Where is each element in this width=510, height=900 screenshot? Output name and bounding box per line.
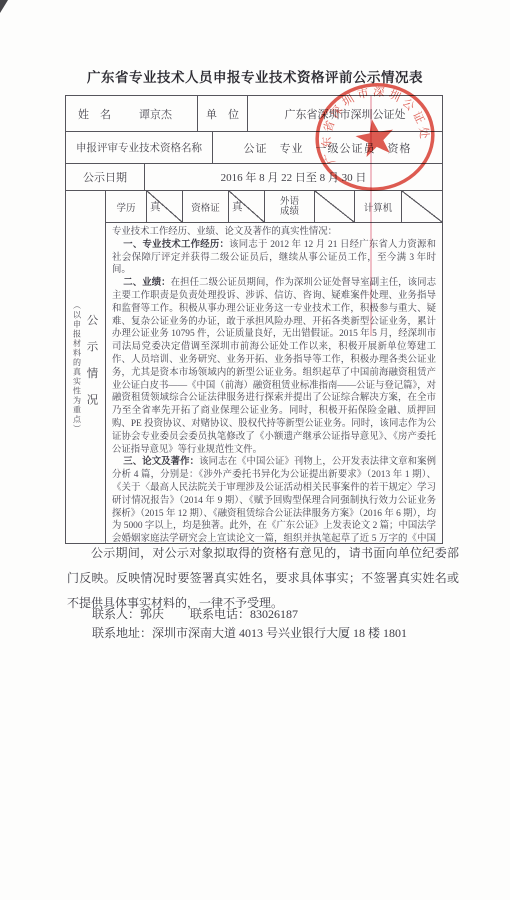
date-label: 公示日期 bbox=[66, 164, 145, 190]
language-score-label: 外语 成绩 bbox=[265, 191, 315, 222]
name-label: 姓 名 bbox=[78, 106, 111, 122]
content-paragraph-2: 二、业绩：在担任二级公证员期间，作为深圳公证处督导室副主任，该同志主要工作职责是… bbox=[112, 277, 436, 456]
content-intro: 专业技术工作经历、业绩、论文及著作的真实性情况： bbox=[112, 226, 436, 239]
official-seal: 广东省深圳市深圳公证处 bbox=[304, 71, 446, 203]
contact-address: 联系地址：深圳市深南大道 4013 号兴业银行大厦 18 楼 1801 bbox=[92, 624, 407, 641]
contact-person: 联系人：郭庆 bbox=[92, 605, 164, 622]
contact-line: 联系人：郭庆 联系电话：83026187 bbox=[92, 605, 298, 622]
education-label: 学历 bbox=[106, 191, 147, 222]
table-bottom-block: （以申报材料的真实性为重点） 公示情况 学历 真 资格证 真 bbox=[66, 191, 442, 543]
side-note: （以申报材料的真实性为重点） bbox=[72, 301, 83, 434]
side-title: 公示情况 bbox=[84, 314, 100, 420]
publicity-content: 专业技术工作经历、业绩、论文及著作的真实性情况： 一、专业技术工作经历：该同志于… bbox=[106, 223, 442, 543]
official-seal-graphic: 广东省深圳市深圳公证处 bbox=[304, 71, 446, 203]
certificate-check-value: 真 bbox=[232, 199, 243, 214]
certificate-check-cell: 真 bbox=[229, 191, 265, 222]
education-check-cell: 真 bbox=[147, 191, 183, 222]
name-cell: 姓 名 谭京杰 bbox=[66, 96, 198, 131]
education-check-value: 真 bbox=[150, 199, 161, 214]
star-icon bbox=[353, 116, 397, 158]
contact-phone: 联系电话：83026187 bbox=[190, 605, 298, 622]
check-row: 学历 真 资格证 真 外语 成绩 bbox=[106, 191, 442, 223]
page-title: 广东省专业技术人员申报专业技术资格评前公示情况表 bbox=[0, 66, 510, 86]
language-score-label-text: 外语 成绩 bbox=[280, 197, 299, 217]
scanned-document-page: 广东省专业技术人员申报专业技术资格评前公示情况表 姓 名 谭京杰 单 位 广东省… bbox=[0, 0, 510, 900]
content-paragraph-1: 一、专业技术工作经历：该同志于 2012 年 12 月 21 日经广东省人力资源… bbox=[112, 239, 436, 277]
computer-check-cell bbox=[402, 191, 442, 222]
slash-mark bbox=[402, 191, 442, 222]
scan-artifact bbox=[0, 0, 8, 13]
unit-label: 单 位 bbox=[198, 96, 248, 131]
content-paragraph-3: 三、论文及著作：该同志在《中国公证》刊物上，公开发表法律文章和案例分析 4 篇，… bbox=[112, 456, 436, 543]
table-right-column: 学历 真 资格证 真 外语 成绩 bbox=[106, 191, 442, 543]
certificate-label: 资格证 bbox=[183, 191, 229, 222]
name-value: 谭京杰 bbox=[139, 106, 172, 122]
qualification-label: 申报评审专业技术资格名称 bbox=[66, 132, 213, 163]
side-label-column: （以申报材料的真实性为重点） 公示情况 bbox=[66, 191, 106, 543]
